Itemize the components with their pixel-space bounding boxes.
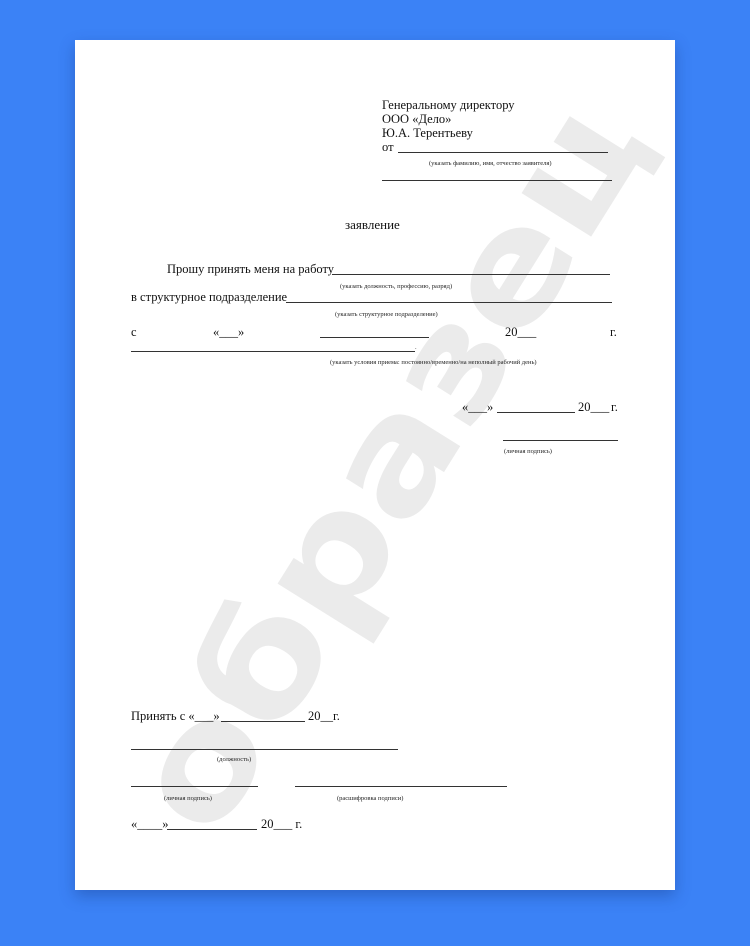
start-year-suffix: г. <box>610 325 617 339</box>
from-label: от <box>382 140 394 154</box>
from-prefix: с <box>131 325 137 339</box>
document-page: образец Генеральному директору ООО «Дело… <box>75 40 675 890</box>
conditions-hint: (указать условия приема: постоянно/време… <box>330 359 537 367</box>
department-text: в структурное подразделение <box>131 290 287 304</box>
accept-month-field[interactable] <box>221 721 305 722</box>
conditions-field[interactable] <box>131 351 415 352</box>
accept-text: Принять с «___» <box>131 709 220 723</box>
approver-signature-field[interactable] <box>131 786 258 787</box>
application-day-field[interactable]: «___» <box>462 400 493 414</box>
position-hint: (указать должность, профессию, разряд) <box>340 283 452 291</box>
addressee-line-2: ООО «Дело» <box>382 112 451 126</box>
application-year-suffix: г. <box>611 400 618 414</box>
watermark: образец <box>75 40 675 890</box>
position-field[interactable] <box>332 274 610 275</box>
applicant-name-hint: (указать фамилию, имя, отчество заявител… <box>429 160 551 168</box>
applicant-signature-hint: (личная подпись) <box>504 448 552 456</box>
approver-position-field[interactable] <box>131 749 398 750</box>
approval-day-field[interactable]: «____» <box>131 817 169 831</box>
start-month-field[interactable] <box>320 337 429 338</box>
signature-decoding-field[interactable] <box>295 786 507 787</box>
approval-month-field[interactable] <box>167 829 257 830</box>
approval-year-field[interactable]: 20___ г. <box>261 817 302 831</box>
applicant-signature-field[interactable] <box>503 440 618 441</box>
approver-signature-hint: (личная подпись) <box>164 795 212 803</box>
start-year-field[interactable]: 20___ <box>505 325 536 339</box>
request-text: Прошу принять меня на работу <box>167 262 334 276</box>
application-month-field[interactable] <box>497 412 575 413</box>
accept-year-field[interactable]: 20__г. <box>308 709 340 723</box>
applicant-name-field[interactable] <box>398 152 608 153</box>
signature-decoding-hint: (расшифровка подписи) <box>337 795 403 803</box>
conditions-end: . <box>415 344 417 352</box>
approver-position-hint: (должность) <box>217 756 251 764</box>
watermark-text: образец <box>95 67 675 863</box>
application-year-field[interactable]: 20___ <box>578 400 609 414</box>
addressee-line-3: Ю.А. Терентьеву <box>382 126 473 140</box>
addressee-line-1: Генеральному директору <box>382 98 515 112</box>
department-hint: (указать структурное подразделение) <box>335 311 438 319</box>
department-field[interactable] <box>286 302 612 303</box>
applicant-name-field-2[interactable] <box>382 180 612 181</box>
start-day-field[interactable]: «___» <box>213 325 244 339</box>
document-title: заявление <box>345 217 400 233</box>
